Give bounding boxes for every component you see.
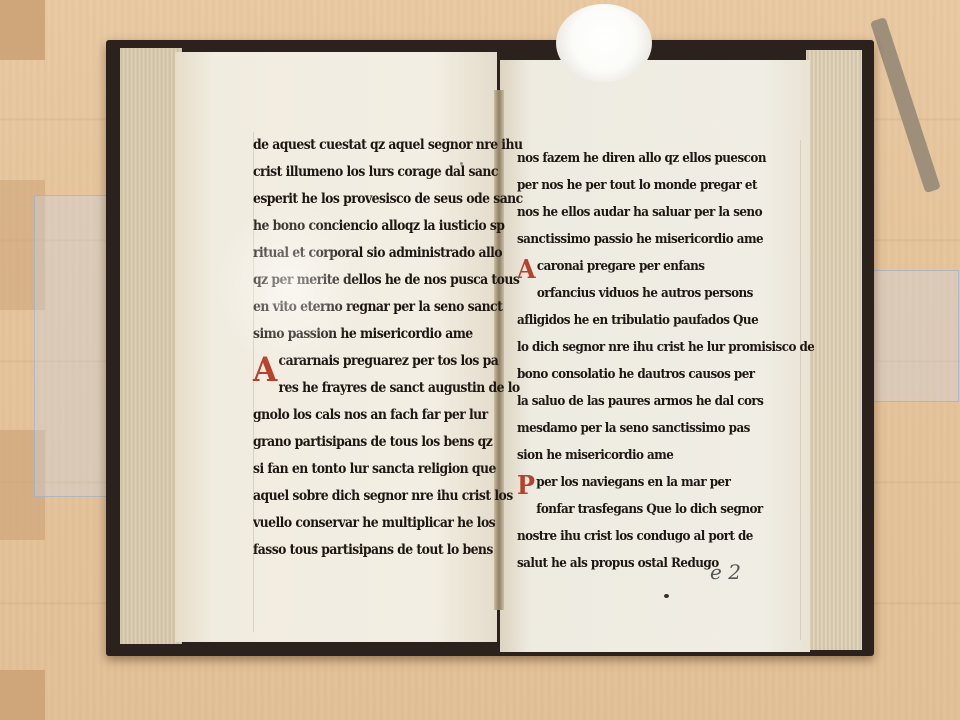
lamp-light: [556, 4, 652, 82]
ink-spot: [664, 594, 669, 598]
text-line: bono consolatio he dautros causos per: [517, 361, 814, 388]
text-line: fonfar trasfegans Que lo dich segnor: [536, 496, 814, 523]
text-line: fasso tous partisipans de tout lo bens: [253, 537, 523, 564]
acrylic-stand-left: [34, 195, 108, 497]
text-line: orfancius viduos he autros persons: [537, 280, 815, 307]
text-line: res he frayres de sanct augustin de lo: [279, 375, 523, 402]
text-line: gnolo los cals nos an fach far per lur: [253, 402, 523, 429]
text-line: la saluo de las paures armos he dal cors: [517, 388, 814, 415]
red-initial: P: [517, 469, 534, 503]
text-line: salut he als propus ostal Redugo: [517, 550, 814, 577]
right-page-text: nos fazem he diren allo qz ellos puescon…: [517, 145, 814, 577]
text-line: lo dich segnor nre ihu crist he lur prom…: [517, 334, 814, 361]
text-line: caronai pregare per enfans: [537, 253, 815, 280]
text-line: de aquest cuestat qz aquel segnor nre ih…: [253, 132, 523, 159]
table-plank: [0, 670, 45, 720]
text-line: sion he misericordio ame: [517, 442, 814, 469]
red-initial: A: [517, 253, 535, 287]
text-line: nos he ellos audar ha saluar per la seno: [517, 199, 814, 226]
rubric-paragraph: A caronai pregare per enfans orfancius v…: [517, 253, 814, 469]
text-line: nostre ihu crist los condugo al port de: [517, 523, 814, 550]
page-edges-right: [806, 50, 862, 650]
text-line: sanctissimo passio he misericordio ame: [517, 226, 814, 253]
light-glare: [215, 200, 365, 370]
text-line: grano partisipans de tous los bens qz: [253, 429, 523, 456]
text-line: vuello conservar he multiplicar he los: [253, 510, 523, 537]
rubric-paragraph: P per los naviegans en la mar per fonfar…: [517, 469, 814, 577]
table-plank: [0, 0, 45, 60]
ink-spot: [460, 162, 463, 165]
text-line: nos fazem he diren allo qz ellos puescon: [517, 145, 814, 172]
text-line: per los naviegans en la mar per: [536, 469, 814, 496]
acrylic-stand-right: [872, 270, 959, 402]
page-edges-left: [120, 48, 182, 644]
text-line: aquel sobre dich segnor nre ihu crist lo…: [253, 483, 523, 510]
text-line: si fan en tonto lur sancta religion que: [253, 456, 523, 483]
book-strap: [870, 17, 941, 193]
folio-mark: e 2: [710, 560, 741, 584]
text-line: afligidos he en tribulatio paufados Que: [517, 307, 814, 334]
text-line: mesdamo per la seno sanctissimo pas: [517, 415, 814, 442]
text-line: crist illumeno los lurs corage dal sanc: [253, 159, 523, 186]
rubric-paragraph: A cararnais preguarez per tos los pa res…: [253, 348, 523, 564]
text-line: per nos he per tout lo monde pregar et: [517, 172, 814, 199]
